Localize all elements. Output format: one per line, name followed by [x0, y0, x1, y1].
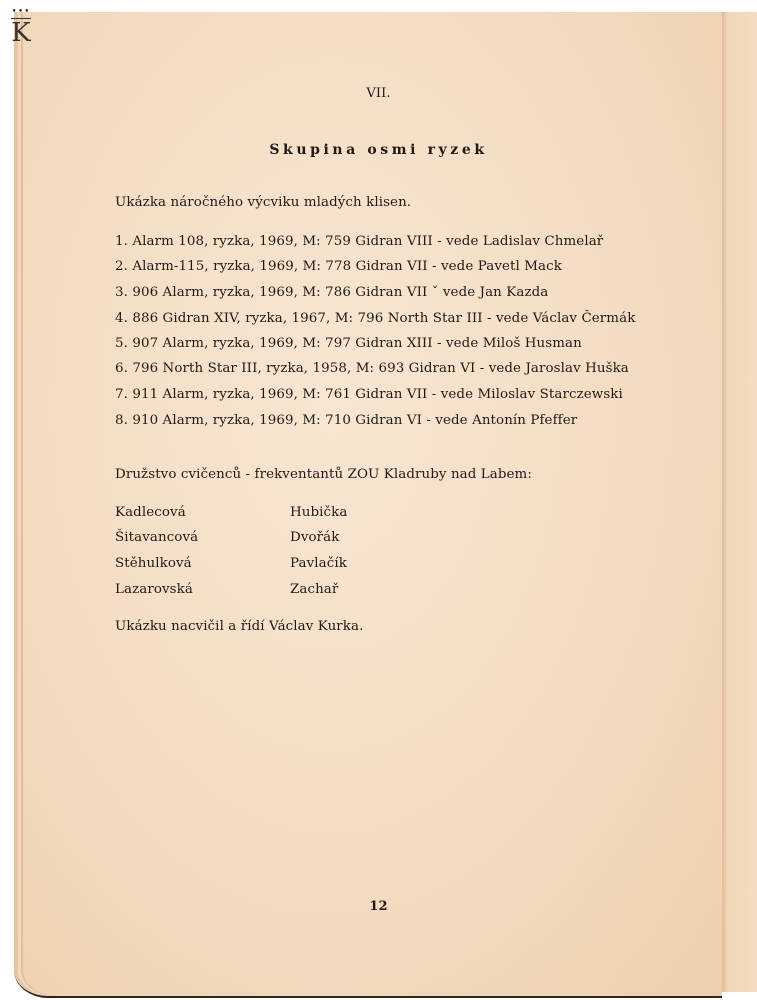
facing-page-edge — [720, 12, 757, 992]
page-number: 12 — [0, 899, 757, 914]
intro-text: Ukázka náročného výcviku mladých klisen. — [115, 195, 411, 210]
horse-list-item: 6. 796 North Star III, ryzka, 1958, M: 6… — [115, 361, 629, 376]
horse-list-item: 8. 910 Alarm, ryzka, 1969, M: 710 Gidran… — [115, 413, 577, 428]
horse-list-item: 5. 907 Alarm, ryzka, 1969, M: 797 Gidran… — [115, 336, 582, 351]
team-member: Kadlecová — [115, 505, 186, 520]
closing-note: Ukázku nacvičil a řídí Václav Kurka. — [115, 619, 363, 634]
horse-list-item: 7. 911 Alarm, ryzka, 1969, M: 761 Gidran… — [115, 387, 623, 402]
horse-list-item: 1. Alarm 108, ryzka, 1969, M: 759 Gidran… — [115, 234, 603, 249]
team-heading: Družstvo cvičenců - frekventantů ZOU Kla… — [115, 467, 532, 482]
team-member: Zachař — [290, 582, 338, 597]
team-member: Šitavancová — [115, 530, 198, 545]
team-member: Stěhulková — [115, 556, 192, 571]
logo-letter: K — [8, 19, 34, 47]
team-member: Pavlačík — [290, 556, 347, 571]
chapter-number: VII. — [0, 86, 757, 101]
logo-dots: ••• — [8, 8, 34, 17]
horse-list-item: 4. 886 Gidran XIV, ryzka, 1967, M: 796 N… — [115, 311, 635, 326]
k-logo-icon: ••• K — [8, 8, 34, 52]
horse-list-item: 3. 906 Alarm, ryzka, 1969, M: 786 Gidran… — [115, 285, 548, 300]
team-member: Dvořák — [290, 530, 339, 545]
team-member: Hubička — [290, 505, 347, 520]
horse-list-item: 2. Alarm-115, ryzka, 1969, M: 778 Gidran… — [115, 259, 562, 274]
team-member: Lazarovská — [115, 582, 193, 597]
page-title: Skupina osmi ryzek — [0, 142, 757, 158]
